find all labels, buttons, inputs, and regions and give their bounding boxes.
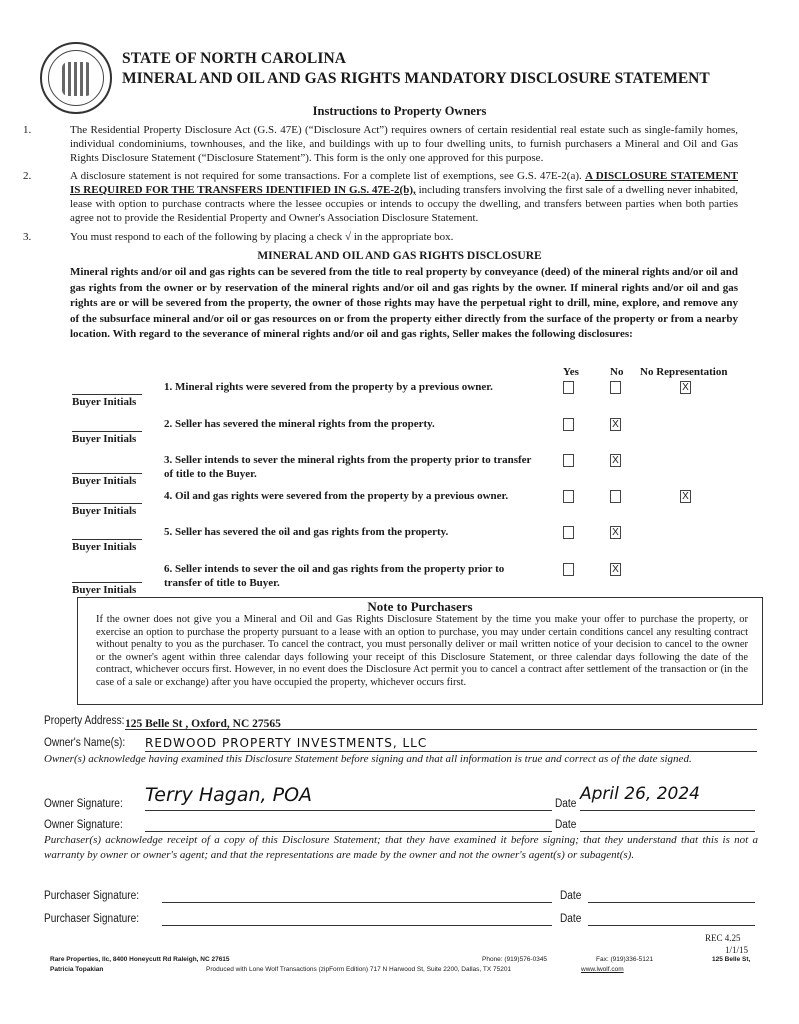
produced-by: Produced with Lone Wolf Transactions (zi… [206,966,511,973]
purchaser-signature-1-field[interactable] [162,887,552,903]
buyer-initials-field[interactable] [72,473,142,474]
state-title: STATE OF NORTH CAROLINA [122,50,346,68]
owner-date-1-field[interactable]: April 26, 2024 [580,784,755,811]
checkbox-no[interactable]: X [610,418,621,431]
instruction-number: 3. [23,231,31,243]
fax: Fax: (919)336-5121 [596,956,653,963]
question-text: 5. Seller has severed the oil and gas ri… [164,525,534,539]
purchaser-date-label: Date [560,913,581,925]
owner-date-label: Date [555,798,576,810]
phone: Phone: (919)576-0345 [482,956,547,963]
owner-signature-2-field[interactable] [145,816,552,832]
col-yes: Yes [563,366,579,378]
question-text: 6. Seller intends to sever the oil and g… [164,562,534,590]
purchaser-acknowledgement: Purchaser(s) acknowledge receipt of a co… [44,833,758,862]
checkbox-yes[interactable] [563,526,574,539]
owner-signature-label: Owner Signature: [44,798,123,810]
note-title: Note to Purchasers [78,599,762,615]
checkbox-yes[interactable] [563,454,574,467]
checkbox-no[interactable] [610,490,621,503]
website-link[interactable]: www.lwolf.com [581,966,624,973]
question-text: 4. Oil and gas rights were severed from … [164,489,534,503]
instruction-2: A disclosure statement is not required f… [70,169,738,225]
purchaser-date-label: Date [560,890,581,902]
checkbox-yes[interactable] [563,418,574,431]
checkbox-no[interactable]: X [610,526,621,539]
purchaser-signature-label: Purchaser Signature: [44,913,139,925]
instruction-3: You must respond to each of the followin… [70,230,738,244]
property-address-field[interactable]: 125 Belle St , Oxford, NC 27565 [125,714,757,730]
instructions-heading: Instructions to Property Owners [0,104,799,119]
agent-name: Patricia Topakian [50,966,103,973]
owner-date-label: Date [555,819,576,831]
purchaser-date-1-field[interactable] [588,887,755,903]
instruction-1: The Residential Property Disclosure Act … [70,123,738,165]
checkbox-no[interactable] [610,381,621,394]
checkbox-no[interactable]: X [610,563,621,576]
note-text: If the owner does not give you a Mineral… [96,614,748,690]
purchaser-signature-label: Purchaser Signature: [44,890,139,902]
buyer-initials-label: Buyer Initials [72,433,136,445]
owner-date-2-field[interactable] [580,816,755,832]
owner-signature-label: Owner Signature: [44,819,123,831]
question-text: 2. Seller has severed the mineral rights… [164,417,534,431]
instruction-number: 1. [23,124,31,136]
disclosure-heading: MINERAL AND OIL AND GAS RIGHTS DISCLOSUR… [0,250,799,262]
form-date: 1/1/15 [725,945,748,955]
property-address-label: Property Address: [44,715,124,727]
checkbox-no-representation[interactable]: X [680,381,691,394]
buyer-initials-field[interactable] [72,431,142,432]
checkbox-no[interactable]: X [610,454,621,467]
buyer-initials-label: Buyer Initials [72,541,136,553]
form-code: REC 4.25 [705,933,741,943]
owner-names-label: Owner's Name(s): [44,737,125,749]
question-text: 1. Mineral rights were severed from the … [164,380,534,394]
checkbox-no-representation[interactable]: X [680,490,691,503]
question-text: 3. Seller intends to sever the mineral r… [164,453,534,481]
form-title: MINERAL AND OIL AND GAS RIGHTS MANDATORY… [122,70,710,88]
checkbox-yes[interactable] [563,381,574,394]
disclosure-intro: Mineral rights and/or oil and gas rights… [70,265,738,343]
instruction-number: 2. [23,170,31,182]
buyer-initials-label: Buyer Initials [72,505,136,517]
buyer-initials-field[interactable] [72,503,142,504]
col-no: No [610,366,623,378]
brokerage: Rare Properties, llc, 8400 Honeycutt Rd … [50,956,230,963]
checkbox-yes[interactable] [563,490,574,503]
buyer-initials-field[interactable] [72,582,142,583]
owner-acknowledgement: Owner(s) acknowledge having examined thi… [44,752,758,767]
note-to-purchasers: Note to Purchasers If the owner does not… [77,597,763,705]
owner-signature-1-field[interactable]: Terry Hagan, POA [145,784,552,811]
buyer-initials-field[interactable] [72,394,142,395]
checkbox-yes[interactable] [563,563,574,576]
file-reference: 125 Belle St, [712,956,750,963]
buyer-initials-label: Buyer Initials [72,475,136,487]
buyer-initials-label: Buyer Initials [72,584,136,596]
purchaser-signature-2-field[interactable] [162,910,552,926]
buyer-initials-field[interactable] [72,539,142,540]
purchaser-date-2-field[interactable] [588,910,755,926]
owner-names-field[interactable]: REDWOOD PROPERTY INVESTMENTS, LLC [145,734,757,752]
buyer-initials-label: Buyer Initials [72,396,136,408]
col-no-representation: No Representation [640,366,727,378]
